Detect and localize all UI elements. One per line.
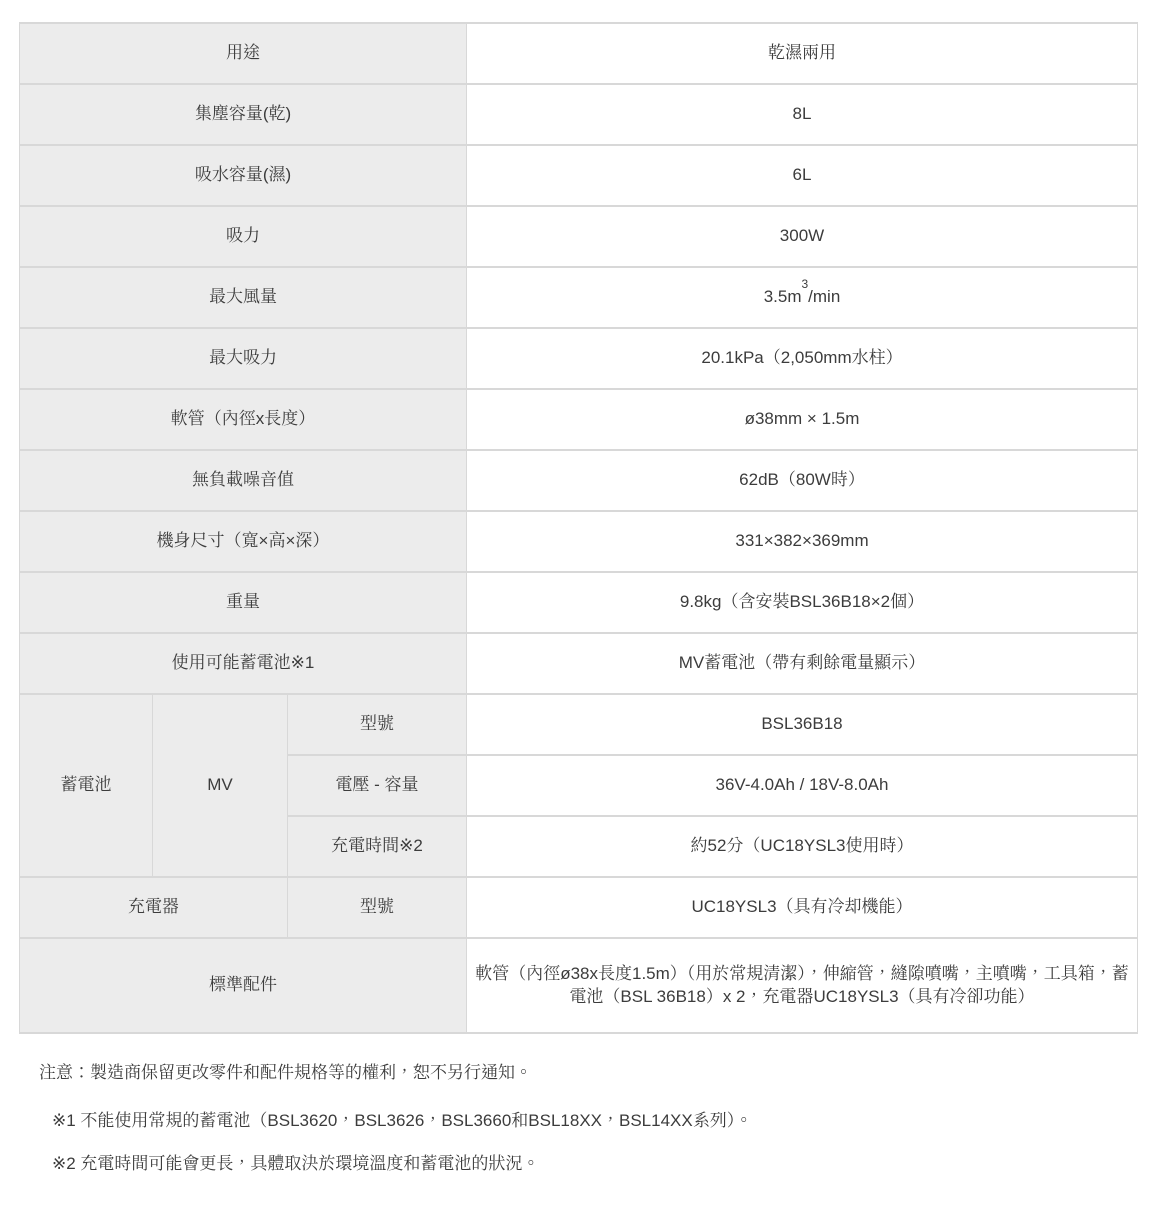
spec-value-dust-capacity: 8L [467,84,1138,145]
spec-value-noise: 62dB（80W時） [467,450,1138,511]
spec-label-battery-model: 型號 [288,694,467,755]
spec-label-charger-model: 型號 [288,877,467,938]
spec-label-battery-voltage: 電壓 - 容量 [288,755,467,816]
table-row-max-airflow: 最大風量 3.5m3/min [20,267,1138,328]
table-row-max-suction: 最大吸力 20.1kPa（2,050mm水柱） [20,328,1138,389]
spec-value-max-suction: 20.1kPa（2,050mm水柱） [467,328,1138,389]
spec-label-suction-power: 吸力 [20,206,467,267]
spec-value-weight: 9.8kg（含安裝BSL36B18×2個） [467,572,1138,633]
spec-label-dust-capacity: 集塵容量(乾) [20,84,467,145]
spec-value-battery-charge-time: 約52分（UC18YSL3使用時） [467,816,1138,877]
spec-value-accessories: 軟管（內徑ø38x長度1.5m）（用於常規清潔），伸縮管，縫隙噴嘴，主噴嘴，工具… [467,938,1138,1033]
spec-label-battery-charge-time: 充電時間※2 [288,816,467,877]
spec-label-max-airflow: 最大風量 [20,267,467,328]
spec-label-battery-type: MV [153,694,288,877]
spec-value-usage: 乾濕兩用 [467,23,1138,84]
table-row-noise: 無負載噪音值 62dB（80W時） [20,450,1138,511]
table-row-accessories: 標準配件 軟管（內徑ø38x長度1.5m）（用於常規清潔），伸縮管，縫隙噴嘴，主… [20,938,1138,1033]
spec-label-charger-group: 充電器 [20,877,288,938]
airflow-value-superscript: 3 [801,277,808,291]
page: 用途 乾濕兩用 集塵容量(乾) 8L 吸水容量(濕) 6L 吸力 300W 最大… [0,0,1160,1174]
spec-value-charger-model: UC18YSL3（具有冷却機能） [467,877,1138,938]
spec-label-max-suction: 最大吸力 [20,328,467,389]
spec-value-usable-battery: MV蓄電池（帶有剩餘電量顯示） [467,633,1138,694]
spec-label-usable-battery: 使用可能蓄電池※1 [20,633,467,694]
spec-value-battery-model: BSL36B18 [467,694,1138,755]
spec-value-max-airflow: 3.5m3/min [467,267,1138,328]
spec-label-noise: 無負載噪音值 [20,450,467,511]
table-row-usable-battery: 使用可能蓄電池※1 MV蓄電池（帶有剩餘電量顯示） [20,633,1138,694]
table-row-suction-power: 吸力 300W [20,206,1138,267]
airflow-value-post: /min [808,287,840,306]
table-row-usage: 用途 乾濕兩用 [20,23,1138,84]
footnote-2: ※2 充電時間可能會更長，具體取決於環境溫度和蓄電池的狀況。 [39,1153,1137,1174]
manufacturer-note: 注意：製造商保留更改零件和配件規格等的權利，恕不另行通知。 [39,1062,1137,1083]
spec-label-hose: 軟管（內徑x長度） [20,389,467,450]
table-row-battery-model: 蓄電池 MV 型號 BSL36B18 [20,694,1138,755]
table-row-dust-capacity: 集塵容量(乾) 8L [20,84,1138,145]
spec-value-water-capacity: 6L [467,145,1138,206]
table-row-charger: 充電器 型號 UC18YSL3（具有冷却機能） [20,877,1138,938]
spec-label-weight: 重量 [20,572,467,633]
spec-label-accessories: 標準配件 [20,938,467,1033]
table-row-water-capacity: 吸水容量(濕) 6L [20,145,1138,206]
spec-label-dimensions: 機身尺寸（寬×高×深） [20,511,467,572]
spec-table: 用途 乾濕兩用 集塵容量(乾) 8L 吸水容量(濕) 6L 吸力 300W 最大… [19,22,1138,1034]
airflow-value-pre: 3.5m [764,287,802,306]
spec-label-battery-group: 蓄電池 [20,694,153,877]
table-row-hose: 軟管（內徑x長度） ø38mm × 1.5m [20,389,1138,450]
spec-value-hose: ø38mm × 1.5m [467,389,1138,450]
table-row-weight: 重量 9.8kg（含安裝BSL36B18×2個） [20,572,1138,633]
spec-value-dimensions: 331×382×369mm [467,511,1138,572]
footnotes-section: 注意：製造商保留更改零件和配件規格等的權利，恕不另行通知。 ※1 不能使用常規的… [19,1034,1137,1174]
table-row-dimensions: 機身尺寸（寬×高×深） 331×382×369mm [20,511,1138,572]
footnote-1: ※1 不能使用常規的蓄電池（BSL3620，BSL3626，BSL3660和BS… [39,1110,1137,1131]
spec-value-battery-voltage: 36V-4.0Ah / 18V-8.0Ah [467,755,1138,816]
spec-label-water-capacity: 吸水容量(濕) [20,145,467,206]
spec-label-usage: 用途 [20,23,467,84]
spec-value-suction-power: 300W [467,206,1138,267]
